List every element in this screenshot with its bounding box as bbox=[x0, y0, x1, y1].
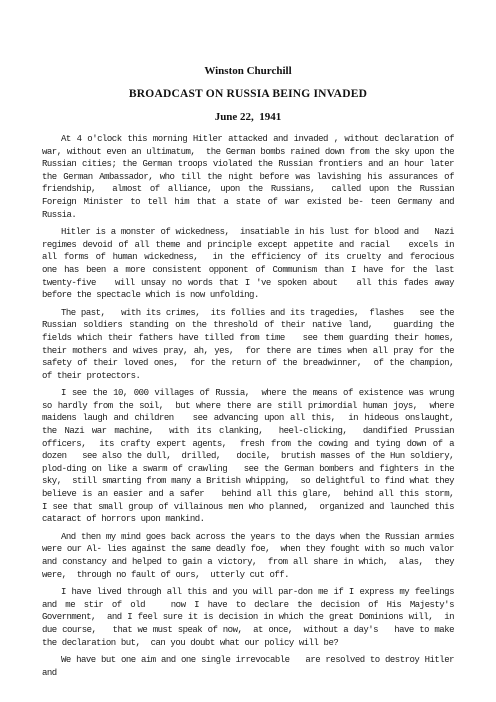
document-title: BROADCAST ON RUSSIA BEING INVADED bbox=[42, 88, 454, 100]
date-line: June 22, 1941 bbox=[42, 111, 454, 123]
document-body: At 4 o'clock this morning Hitler attacke… bbox=[42, 133, 454, 679]
paragraph-6: I have lived through all this and you wi… bbox=[42, 586, 454, 649]
paragraph-2: Hitler is a monster of wickedness, insat… bbox=[42, 226, 454, 302]
paragraph-1: At 4 o'clock this morning Hitler attacke… bbox=[42, 133, 454, 221]
author-line: Winston Churchill bbox=[42, 65, 454, 77]
paragraph-4: I see the 10, 000 villages of Russia, wh… bbox=[42, 387, 454, 526]
document-header: Winston Churchill BROADCAST ON RUSSIA BE… bbox=[42, 65, 454, 123]
document-page: Winston Churchill BROADCAST ON RUSSIA BE… bbox=[0, 0, 496, 702]
paragraph-5: And then my mind goes back across the ye… bbox=[42, 531, 454, 581]
paragraph-3: The past, with its crimes, its follies a… bbox=[42, 307, 454, 383]
paragraph-7: We have but one aim and one single irrev… bbox=[42, 654, 454, 679]
